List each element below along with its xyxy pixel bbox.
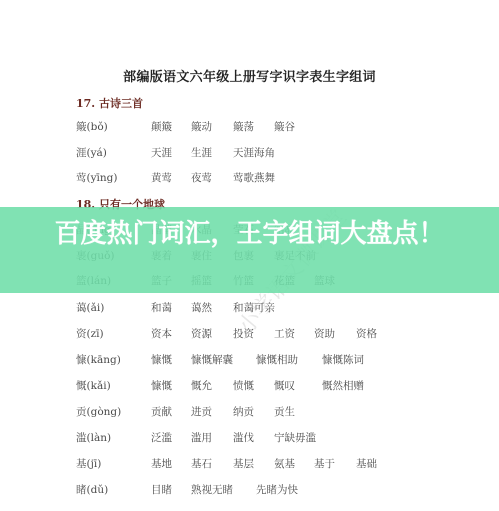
vocab-word: 泛滥 [151,430,172,445]
vocab-word: 莺歌燕舞 [233,170,275,185]
headline-text: 百度热门词汇，王字组词大盘点！ [0,217,499,251]
vocab-word: 簸谷 [274,119,295,134]
vocab-word: 基于 [314,456,335,471]
vocab-word: 贡生 [274,404,295,419]
vocab-word: 簸荡 [233,119,254,134]
vocab-word: 滥用 [191,430,212,445]
vocab-word: 资助 [314,326,335,341]
vocab-word: 熟视无睹 [191,482,233,497]
vocab-char: 蔼(ǎi) [76,300,104,315]
vocab-char: 涯(yá) [76,145,107,160]
vocab-word: 天涯 [151,145,172,160]
vocab-word: 资本 [151,326,172,341]
document-title: 部编版语文六年级上册写字识字表生字组词 [0,66,499,85]
vocab-char: 簸(bǒ) [76,119,108,134]
vocab-word: 工资 [274,326,295,341]
vocab-word: 慷慨相助 [256,352,298,367]
vocab-word: 慷慨陈词 [322,352,364,367]
vocab-word: 慨然相赠 [322,378,364,393]
vocab-char: 慨(kǎi) [76,378,111,393]
section-heading: 17. 古诗三首 [76,95,143,111]
vocab-word: 愤慨 [233,378,254,393]
vocab-char: 睹(dǔ) [76,482,108,497]
vocab-word: 资格 [356,326,377,341]
vocab-word: 生涯 [191,145,212,160]
vocab-word: 簸动 [191,119,212,134]
vocab-word: 慨允 [191,378,212,393]
vocab-word: 资源 [191,326,212,341]
vocab-word: 贡献 [151,404,172,419]
vocab-word: 慨叹 [274,378,295,393]
vocab-word: 慷慨 [151,352,172,367]
vocab-char: 基(jī) [76,456,101,471]
vocab-word: 基石 [191,456,212,471]
vocab-word: 慷慨 [151,378,172,393]
vocab-word: 天涯海角 [233,145,275,160]
vocab-char: 莺(yīng) [76,170,117,185]
vocab-word: 进贡 [191,404,212,419]
vocab-word: 滥伐 [233,430,254,445]
vocab-char: 慷(kāng) [76,352,121,367]
vocab-word: 先睹为快 [256,482,298,497]
vocab-word: 基地 [151,456,172,471]
vocab-char: 滥(làn) [76,430,111,445]
vocab-char: 资(zī) [76,326,104,341]
vocab-word: 基础 [356,456,377,471]
vocab-word: 黄莺 [151,170,172,185]
vocab-word: 目睹 [151,482,172,497]
vocab-char: 贡(gòng) [76,404,121,419]
vocab-word: 基层 [233,456,254,471]
vocab-word: 宁缺毋滥 [274,430,316,445]
vocab-word: 和蔼 [151,300,172,315]
vocab-word: 蔼然 [191,300,212,315]
vocab-word: 颠簸 [151,119,172,134]
vocab-word: 夜莺 [191,170,212,185]
vocab-word: 慷慨解囊 [191,352,233,367]
vocab-word: 纳贡 [233,404,254,419]
vocab-word: 氨基 [274,456,295,471]
